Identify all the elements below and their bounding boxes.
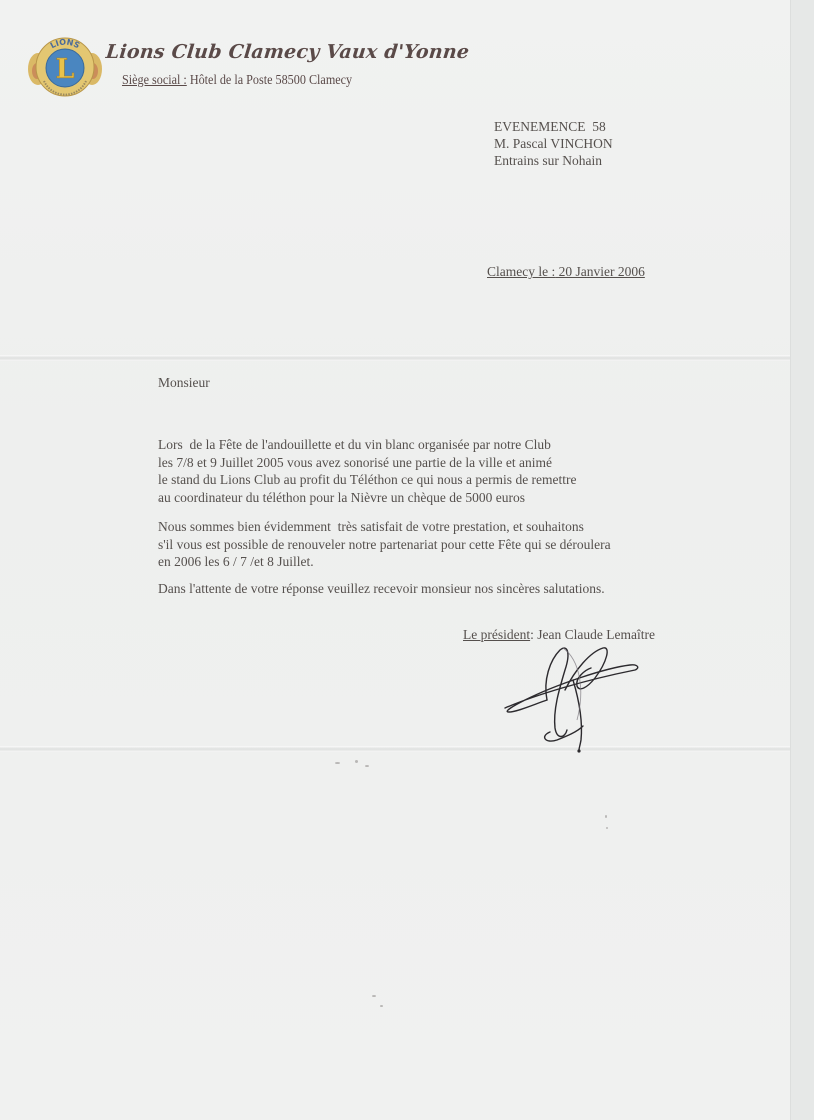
fold-line — [0, 746, 790, 752]
body-line: les 7/8 et 9 Juillet 2005 vous avez sono… — [158, 454, 577, 472]
recipient-name: M. Pascal VINCHON — [494, 135, 613, 152]
recipient-address: EVENEMENCE 58 M. Pascal VINCHON Entrains… — [494, 118, 613, 169]
recipient-company: EVENEMENCE 58 — [494, 118, 613, 135]
headquarters-label: Siège social : — [122, 72, 187, 87]
closing-paragraph: Dans l'attente de votre réponse veuillez… — [158, 580, 605, 598]
fold-line — [0, 355, 790, 361]
body-line: au coordinateur du téléthon pour la Nièv… — [158, 489, 577, 507]
scan-speck — [606, 827, 608, 829]
scan-speck — [355, 760, 358, 763]
body-paragraph-1: Lors de la Fête de l'andouillette et du … — [158, 436, 577, 506]
body-line: le stand du Lions Club au profit du Télé… — [158, 471, 577, 489]
date-line: Clamecy le : 20 Janvier 2006 — [487, 264, 645, 280]
body-line: Nous sommes bien évidemment très satisfa… — [158, 518, 611, 536]
body-paragraph-2: Nous sommes bien évidemment très satisfa… — [158, 518, 611, 571]
scan-speck — [372, 995, 376, 997]
body-line: s'il vous est possible de renouveler not… — [158, 536, 611, 554]
stray-mark — [159, 500, 161, 502]
body-line: Lors de la Fête de l'andouillette et du … — [158, 436, 577, 454]
headquarters-value: Hôtel de la Poste 58500 Clamecy — [187, 72, 352, 87]
scan-speck — [380, 1005, 383, 1007]
scan-speck — [605, 815, 607, 818]
handwritten-signature-icon — [495, 640, 645, 755]
body-line: en 2006 les 6 / 7 /et 8 Juillet. — [158, 553, 611, 571]
scan-edge — [790, 0, 814, 1120]
scan-speck — [365, 765, 369, 767]
headquarters-address: Siège social : Hôtel de la Poste 58500 C… — [122, 72, 352, 88]
recipient-town: Entrains sur Nohain — [494, 152, 613, 169]
date-place: Clamecy le : — [487, 264, 555, 279]
date-value: 20 Janvier 2006 — [555, 264, 645, 279]
club-name-heading: Lions Club Clamecy Vaux d'Yonne — [105, 41, 470, 63]
scan-speck — [335, 762, 340, 764]
salutation: Monsieur — [158, 375, 210, 391]
lions-international-emblem-icon: L LIONS — [28, 31, 102, 103]
svg-text:L: L — [56, 54, 75, 85]
